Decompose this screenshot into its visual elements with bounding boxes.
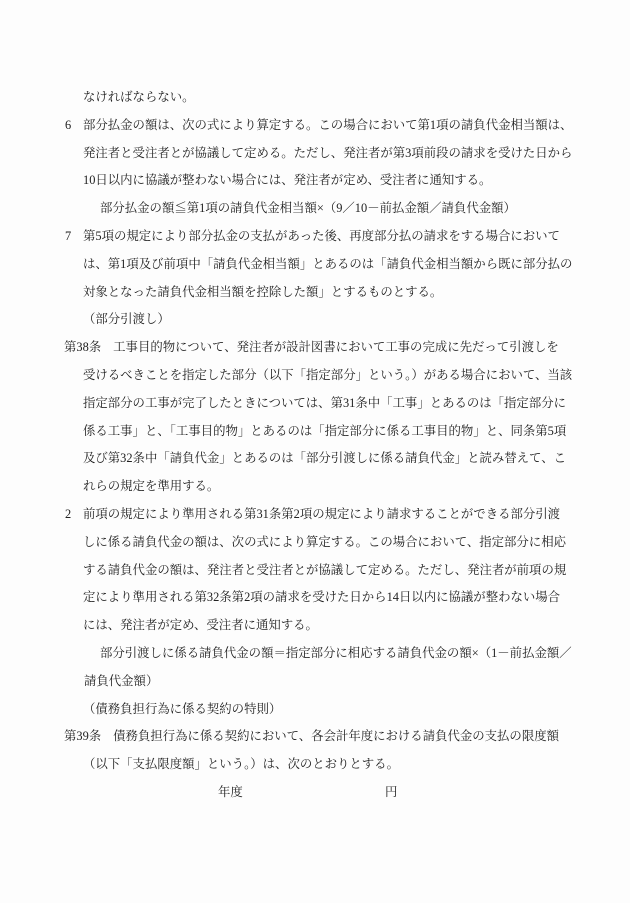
line-text: する請負代金の額は、発注者と受注者とが協議して定める。ただし、発注者が前項の規 xyxy=(83,563,566,577)
heading-text: （債務負担行為に係る契約の特則） xyxy=(83,702,281,716)
text-line: 及び第32条中「請負代金」とあるのは「部分引渡しに係る請負代金」と読み替えて、こ xyxy=(0,445,630,473)
line-text: には、発注者が定め、受注者に通知する。 xyxy=(83,618,318,632)
formula-text: 部分引渡しに係る請負代金の額＝指定部分に相応する請負代金の額×（1－前払金額／ xyxy=(100,646,572,660)
text-line: 指定部分の工事が完了したときについては、第31条中「工事」とあるのは「指定部分に xyxy=(0,390,630,418)
text-line: 10日以内に協議が整わない場合には、発注者が定め、受注者に通知する。 xyxy=(0,167,630,195)
document-page: なければならない。 6部分払金の額は、次の式により算定する。この場合において第1… xyxy=(0,0,630,903)
numbered-paragraph: 7第5項の規定により部分払金の支払があった後、再度部分払の請求をする場合において xyxy=(0,223,630,251)
text-line: しに係る請負代金の額は、次の式により算定する。この場合において、指定部分に相応 xyxy=(0,529,630,557)
text-line: （以下「支払限度額」という。）は、次のとおりとする。 xyxy=(0,751,630,779)
line-text: 工事目的物について、発注者が設計図書において工事の完成に先だって引渡しを xyxy=(113,340,559,354)
line-text: れらの規定を準用する。 xyxy=(83,479,219,493)
line-text: 前項の規定により準用される第31条第2項の規定により請求することができる部分引渡 xyxy=(83,507,560,521)
line-text: 発注者と受注者とが協議して定める。ただし、発注者が第3項前段の請求を受けた日から xyxy=(83,146,572,160)
formula-text: 部分払金の額≦第1項の請負代金相当額×（9／10－前払金額／請負代金額） xyxy=(100,201,516,215)
table-header-year: 年度 xyxy=(218,779,243,807)
line-text: 第5項の規定により部分払金の支払があった後、再度部分払の請求をする場合において xyxy=(83,229,560,243)
line-text: 10日以内に協議が整わない場合には、発注者が定め、受注者に通知する。 xyxy=(83,173,491,187)
line-text: 対象となった請負代金相当額を控除した額」とするものとする。 xyxy=(83,285,442,299)
line-text: しに係る請負代金の額は、次の式により算定する。この場合において、指定部分に相応 xyxy=(83,535,566,549)
line-text: 係る工事」と、「工事目的物」とあるのは「指定部分に係る工事目的物」と、同条第5項 xyxy=(83,424,566,438)
payment-limit-table-row: 年度円 xyxy=(0,779,630,807)
text-line: 発注者と受注者とが協議して定める。ただし、発注者が第3項前段の請求を受けた日から xyxy=(0,140,630,168)
section-heading: （債務負担行為に係る契約の特則） xyxy=(0,696,630,724)
numbered-paragraph: 6部分払金の額は、次の式により算定する。この場合において第1項の請負代金相当額は… xyxy=(0,112,630,140)
article-number: 第38条 xyxy=(64,340,101,354)
formula-line: 部分引渡しに係る請負代金の額＝指定部分に相応する請負代金の額×（1－前払金額／ xyxy=(0,640,630,668)
text-line: する請負代金の額は、発注者と受注者とが協議して定める。ただし、発注者が前項の規 xyxy=(0,557,630,585)
text-line: れらの規定を準用する。 xyxy=(0,473,630,501)
formula-continuation-line: 請負代金額） xyxy=(0,668,630,696)
section-heading: （部分引渡し） xyxy=(0,306,630,334)
numbered-paragraph: 2前項の規定により準用される第31条第2項の規定により請求することができる部分引… xyxy=(0,501,630,529)
line-text: （以下「支払限度額」という。）は、次のとおりとする。 xyxy=(83,757,399,771)
line-text: 受けるべきことを指定した部分（以下「指定部分」という。）がある場合において、当該 xyxy=(83,368,572,382)
line-text: なければならない。 xyxy=(83,90,195,104)
formula-text: 請負代金額） xyxy=(84,674,158,688)
line-text: 部分払金の額は、次の式により算定する。この場合において第1項の請負代金相当額は、 xyxy=(83,118,572,132)
item-number: 2 xyxy=(65,501,71,529)
line-text: は、第1項及び前項中「請負代金相当額」とあるのは「請負代金相当額から既に部分払の xyxy=(83,257,572,271)
article-paragraph: 第38条工事目的物について、発注者が設計図書において工事の完成に先だって引渡しを xyxy=(0,334,630,362)
formula-line: 部分払金の額≦第1項の請負代金相当額×（9／10－前払金額／請負代金額） xyxy=(0,195,630,223)
text-line: は、第1項及び前項中「請負代金相当額」とあるのは「請負代金相当額から既に部分払の xyxy=(0,251,630,279)
text-line: には、発注者が定め、受注者に通知する。 xyxy=(0,612,630,640)
text-line: なければならない。 xyxy=(0,84,630,112)
line-text: 及び第32条中「請負代金」とあるのは「部分引渡しに係る請負代金」と読み替えて、こ xyxy=(83,451,566,465)
heading-text: （部分引渡し） xyxy=(83,312,170,326)
item-number: 7 xyxy=(65,223,71,251)
text-line: 係る工事」と、「工事目的物」とあるのは「指定部分に係る工事目的物」と、同条第5項 xyxy=(0,418,630,446)
text-line: 定により準用される第32条第2項の請求を受けた日から14日以内に協議が整わない場… xyxy=(0,584,630,612)
line-text: 指定部分の工事が完了したときについては、第31条中「工事」とあるのは「指定部分に xyxy=(83,396,566,410)
article-number: 第39条 xyxy=(64,729,101,743)
line-text: 定により準用される第32条第2項の請求を受けた日から14日以内に協議が整わない場… xyxy=(83,590,560,604)
text-line: 対象となった請負代金相当額を控除した額」とするものとする。 xyxy=(0,279,630,307)
item-number: 6 xyxy=(65,112,71,140)
text-line: 受けるべきことを指定した部分（以下「指定部分」という。）がある場合において、当該 xyxy=(0,362,630,390)
line-text: 債務負担行為に係る契約において、各会計年度における請負代金の支払の限度額 xyxy=(113,729,559,743)
article-paragraph: 第39条債務負担行為に係る契約において、各会計年度における請負代金の支払の限度額 xyxy=(0,723,630,751)
table-header-yen: 円 xyxy=(385,779,397,807)
